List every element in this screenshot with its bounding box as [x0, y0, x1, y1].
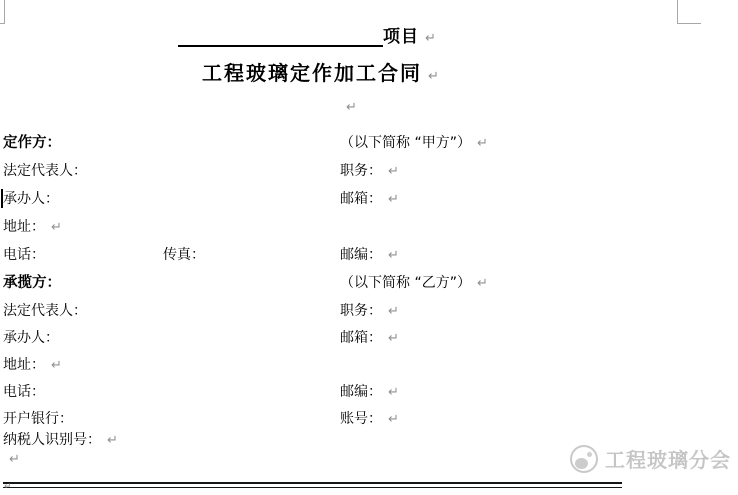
field-label-left: 电话： [3, 382, 45, 402]
paragraph-mark-icon: ↵ [51, 358, 62, 373]
field-label-left: 定作方： [3, 133, 61, 153]
field-label-right: 职务：↵ [340, 301, 399, 322]
form-row: 电话：邮编：↵ [0, 382, 738, 402]
field-label-right: 邮箱：↵ [340, 328, 399, 349]
field-label-left: 纳税人识别号：↵ [3, 430, 118, 451]
paragraph-mark-icon: ↵ [388, 412, 399, 427]
field-label-mid: 传真： [163, 245, 205, 265]
text-boundary-mark-top-left [0, 0, 5, 24]
main-title-text: 工程玻璃定作加工合同 [202, 61, 422, 85]
bottom-double-rule [3, 482, 622, 488]
form-row: 电话：传真：邮编：↵ [0, 245, 738, 265]
field-label-right: 职务：↵ [340, 161, 399, 182]
paragraph-mark-icon: ↵ [388, 248, 399, 263]
paragraph-mark-icon: ↵ [388, 164, 399, 179]
paragraph-mark-icon: ↵ [388, 385, 399, 400]
form-row: 法定代表人：职务：↵ [0, 301, 738, 321]
word-document-page[interactable]: 项目↵ 工程玻璃定作加工合同↵ ↵ 定作方：（以下简称 “甲方”）↵法定代表人：… [0, 0, 738, 495]
paragraph-mark-icon: ↵ [477, 276, 488, 291]
paragraph-mark-icon: ↵ [107, 433, 118, 448]
paragraph-mark-icon: ↵ [428, 69, 439, 84]
field-label-right: 账号：↵ [340, 409, 399, 430]
contract-main-title: 工程玻璃定作加工合同↵ [202, 57, 439, 86]
field-label-right: （以下简称 “乙方”）↵ [340, 273, 488, 294]
watermark: 工程玻璃分会 [570, 444, 731, 473]
paragraph-mark-icon: ↵ [388, 304, 399, 319]
form-row: 法定代表人：职务：↵ [0, 161, 738, 181]
field-label-left: 承办人： [3, 189, 59, 209]
paragraph-mark-icon: ↵ [388, 331, 399, 346]
paragraph-mark-icon: ↵ [346, 100, 357, 115]
paragraph-mark-icon: ↵ [425, 31, 436, 46]
field-label-left: 法定代表人： [3, 301, 87, 321]
glass-association-logo-icon [570, 445, 598, 473]
field-label-left: 承揽方： [3, 273, 61, 293]
field-label-left: 地址：↵ [3, 355, 62, 376]
form-row: 开户银行：账号：↵ [0, 409, 738, 429]
text-boundary-mark-top-right [677, 0, 701, 24]
field-label-right: （以下简称 “甲方”）↵ [340, 133, 488, 154]
field-label-right: 邮编：↵ [340, 245, 399, 266]
paragraph-mark-icon: ↵ [4, 482, 12, 492]
watermark-text: 工程玻璃分会 [605, 444, 731, 473]
paragraph-mark-icon: ↵ [388, 192, 399, 207]
text-insertion-cursor [1, 189, 3, 208]
project-title-line: 项目↵ [178, 22, 436, 47]
logo-dot [587, 452, 592, 457]
logo-blob [575, 458, 588, 469]
field-label-left: 法定代表人： [3, 161, 87, 181]
field-label-right: 邮箱：↵ [340, 189, 399, 210]
paragraph-mark-icon: ↵ [51, 220, 62, 235]
paragraph-mark-icon: ↵ [477, 136, 488, 151]
paragraph-mark-icon: ↵ [9, 452, 20, 467]
form-row: 地址：↵ [0, 355, 738, 375]
field-label-right: 邮编：↵ [340, 382, 399, 403]
field-label-left: 地址：↵ [3, 217, 62, 238]
form-row: 承办人：邮箱：↵ [0, 328, 738, 348]
form-row: 承揽方：（以下简称 “乙方”）↵ [0, 273, 738, 293]
form-row: 定作方：（以下简称 “甲方”）↵ [0, 133, 738, 153]
field-label-left: 承办人： [3, 328, 59, 348]
project-title-suffix: 项目 [383, 27, 419, 47]
field-label-left: 开户银行： [3, 409, 73, 429]
field-label-left: 电话： [3, 245, 45, 265]
form-row: 承办人：邮箱：↵ [0, 189, 738, 209]
form-row: 地址：↵ [0, 217, 738, 237]
blank-underline [178, 28, 383, 47]
